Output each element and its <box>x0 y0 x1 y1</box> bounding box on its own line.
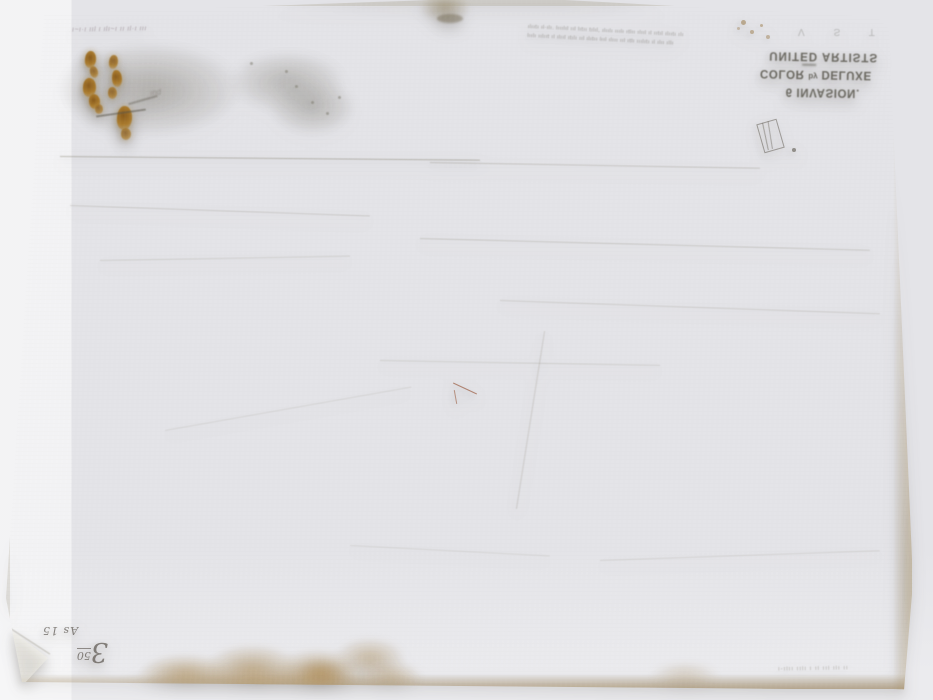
crease-line <box>165 387 411 431</box>
ochre-stain <box>95 104 103 114</box>
crease-line <box>420 238 870 251</box>
crease-line <box>380 360 660 366</box>
crease-line <box>60 156 480 161</box>
print-back-wrapper: ı~ı·ı ııl ı ılı~ı ıı ıl·ı ııı ılııtı ıl·… <box>0 0 933 700</box>
pencil-box-sketch <box>756 119 784 154</box>
vertical-crease <box>516 331 545 509</box>
crease-line <box>100 256 350 261</box>
stamp-studio-line: UNITED ARTISTS <box>769 47 881 65</box>
ochre-stain <box>121 128 131 140</box>
faint-pencil-note: ı~ı·ı ııl ı ılı~ı ıı ıl·ı ııı <box>72 25 147 33</box>
smudged-word: ınd <box>150 87 162 97</box>
dirt-speck <box>326 112 329 115</box>
faint-stamp-characters: V S T <box>798 26 878 37</box>
dirt-speck <box>338 96 341 99</box>
stamp-title-line: 6 INVASION. <box>786 83 881 101</box>
price-superscript: 50 <box>77 648 91 662</box>
top-edge-stain-dark <box>437 14 463 23</box>
pencil-price-note: 350 As 15 <box>42 624 108 668</box>
red-scratch-mark <box>453 383 477 395</box>
crease-line <box>350 545 550 556</box>
pencil-box-dot <box>792 148 796 152</box>
crease-line <box>70 205 370 216</box>
dirt-speck <box>285 70 288 73</box>
crease-line <box>430 162 760 169</box>
stamp-ink-smudge <box>802 64 816 66</box>
water-stain-dark <box>295 658 350 690</box>
brown-speck <box>766 35 770 39</box>
aged-left-edge <box>5 14 10 684</box>
dirt-speck <box>295 85 298 88</box>
red-scratch-mark <box>454 390 457 404</box>
print-back-paper: ı~ı·ı ııl ı ılı~ı ıı ıl·ı ııı ılııtı ıl·… <box>0 0 933 700</box>
distributor-stamp: 6 INVASION. COLOR by DELUXE UNITED ARTIS… <box>756 47 882 101</box>
stamp-color-line: COLOR by DELUXE <box>760 65 881 85</box>
dirt-speck <box>311 101 314 104</box>
crease-line <box>600 550 880 561</box>
brown-speck <box>737 27 740 30</box>
water-stain <box>650 662 720 688</box>
price-amount: 350 <box>42 638 108 668</box>
aged-right-edge <box>893 18 912 690</box>
brown-speck <box>741 20 746 25</box>
photo-scene: ı~ı·ı ııl ı ılı~ı ıı ıl·ı ııı ılııtı ıl·… <box>0 0 933 700</box>
erased-smudge <box>268 78 358 133</box>
crease-line <box>500 300 880 314</box>
faint-typed-text: ılııtı ıl·ılı. lııılıl ııl lıtıı tılıl, … <box>527 23 684 49</box>
brown-speck <box>750 30 754 34</box>
brown-speck <box>760 24 763 27</box>
ochre-stain <box>108 87 117 99</box>
faint-scribble-bottom-right: ı-ılıı ıılı ı ıl ııl ılı ıı <box>778 665 849 672</box>
dirt-speck <box>250 62 253 65</box>
water-stain <box>120 668 420 692</box>
stamp-by-word: by <box>808 72 817 81</box>
